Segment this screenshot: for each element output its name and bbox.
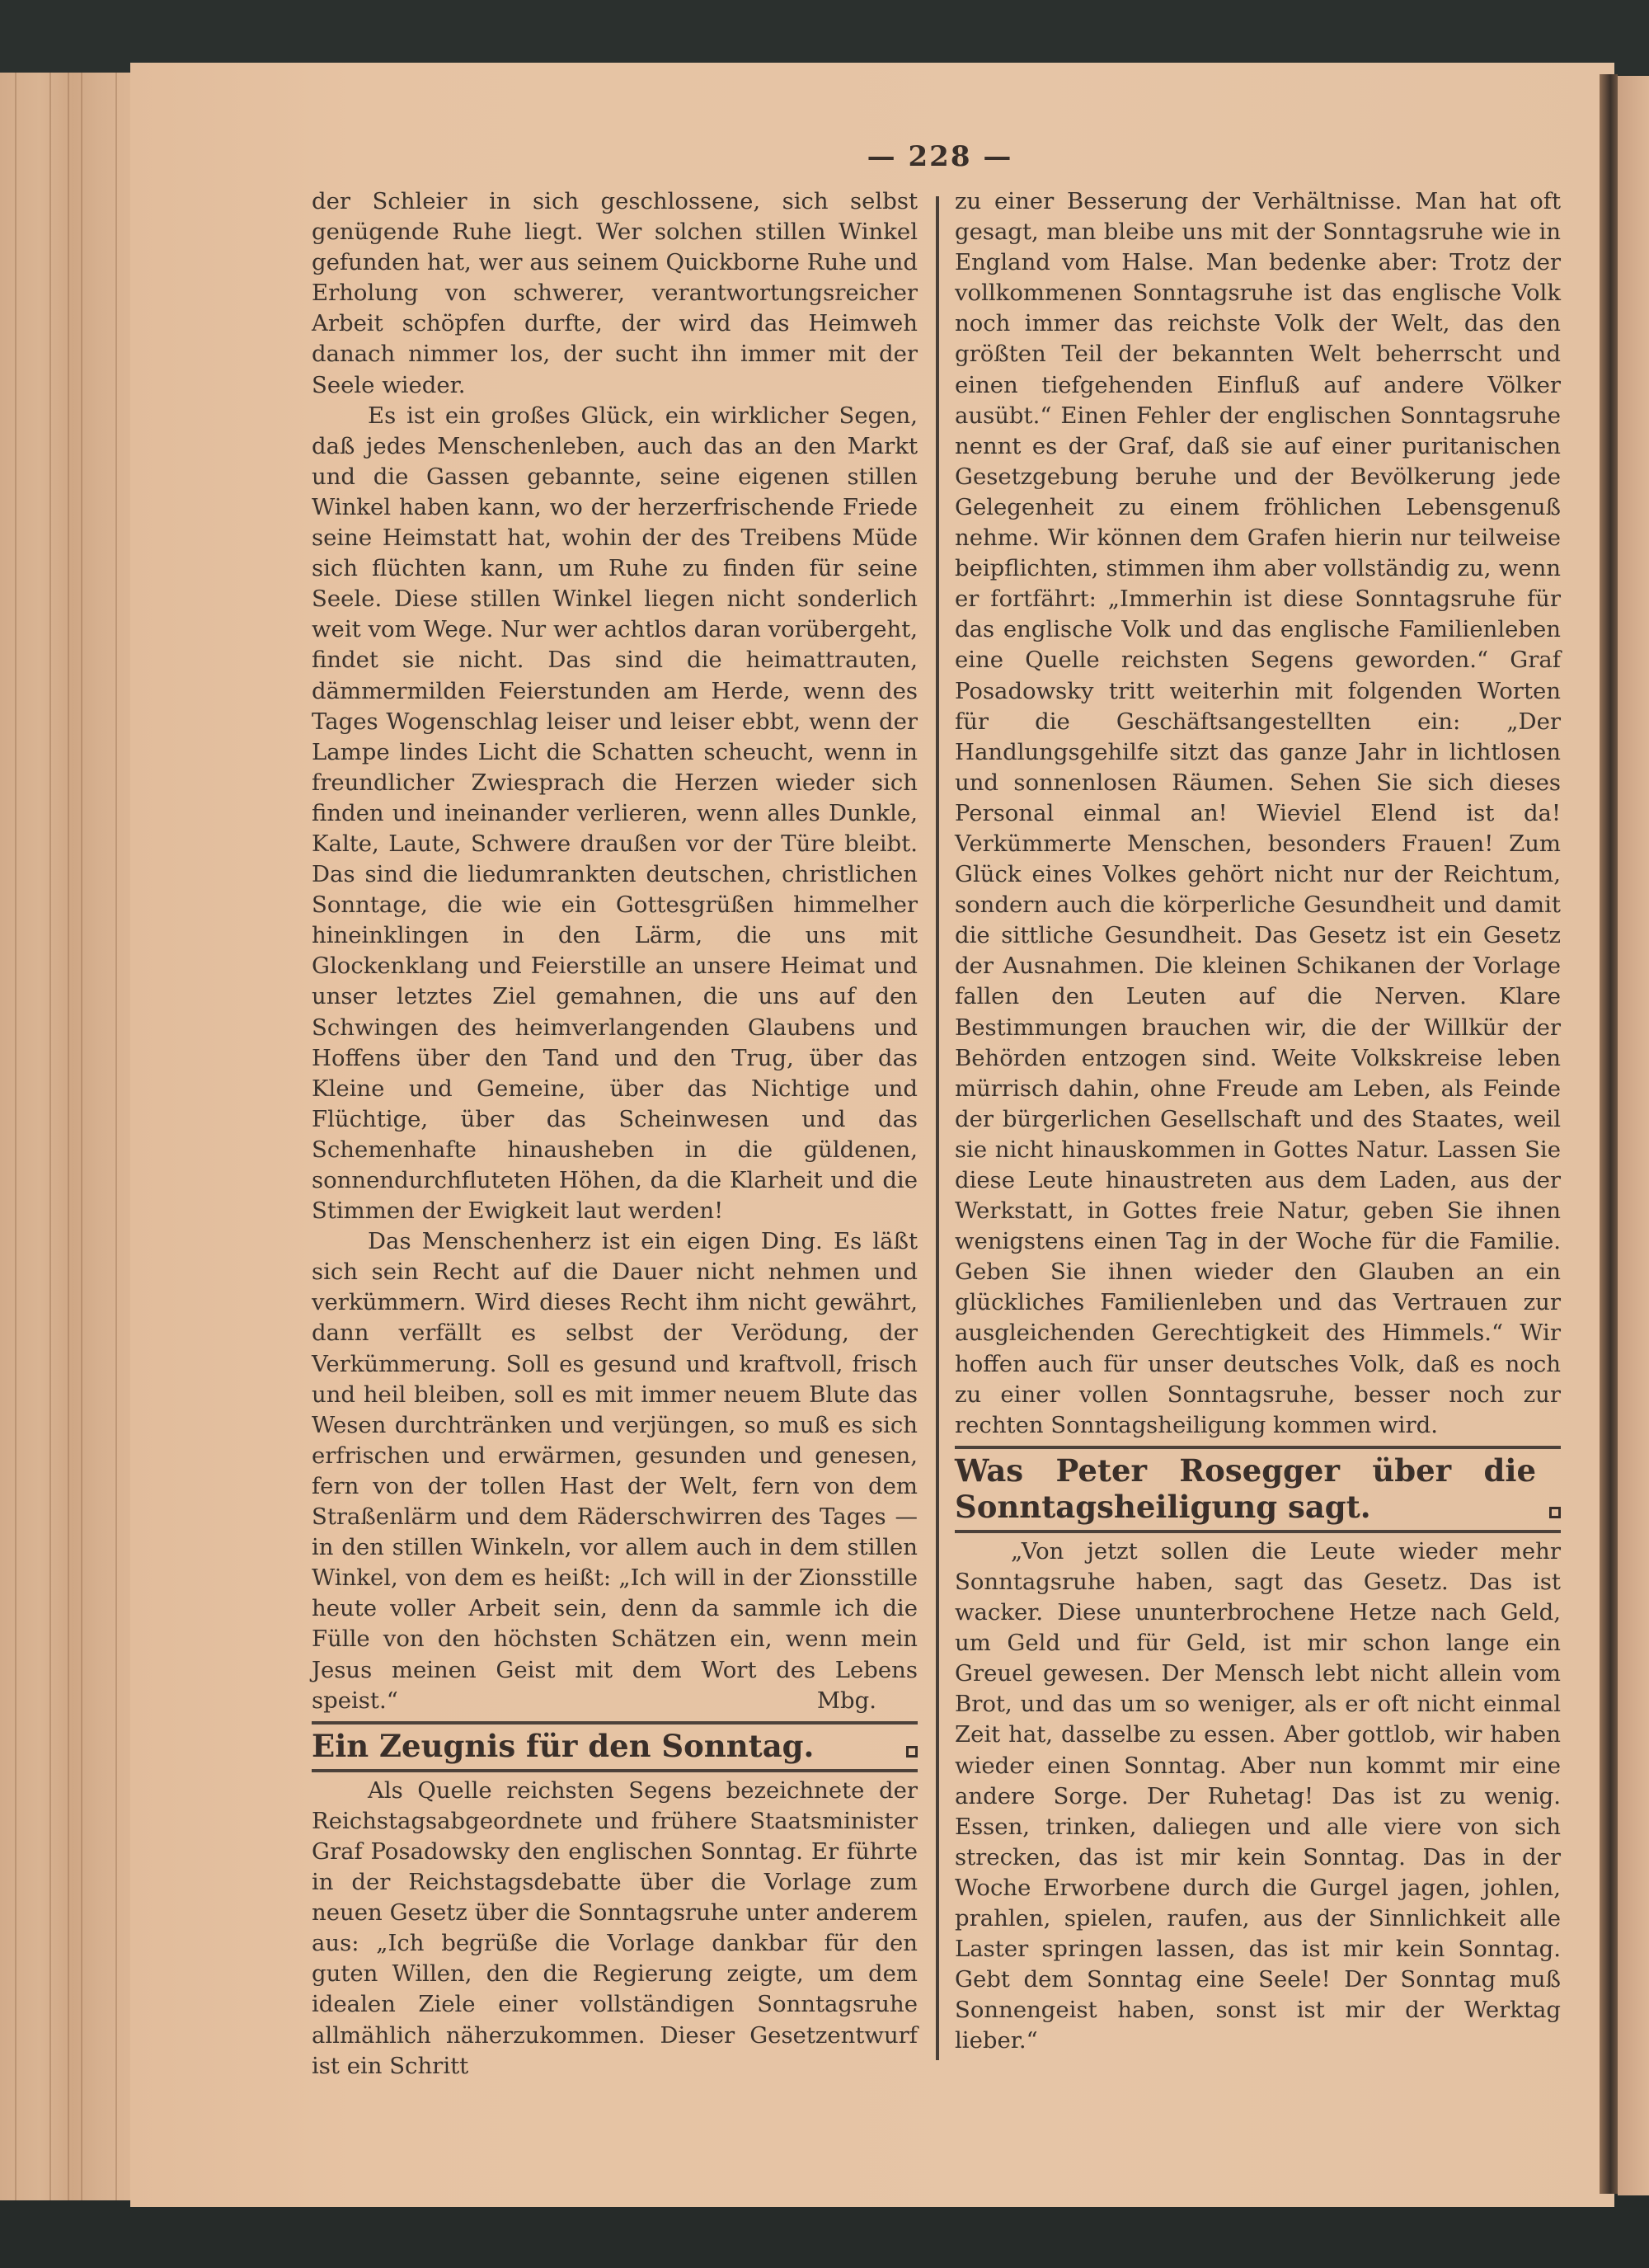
right-column: zu einer Besserung der Verhältnisse. Man… <box>955 186 1561 2056</box>
section-rule <box>312 1721 918 1725</box>
left-column: der Schleier in sich geschlossene, sich … <box>312 186 918 2082</box>
square-ornament-icon <box>906 1746 918 1757</box>
section-rule <box>312 1769 918 1772</box>
paragraph: zu einer Besserung der Verhältnisse. Man… <box>955 186 1561 1441</box>
section-rule <box>955 1446 1561 1449</box>
section-heading: Was Peter Rosegger über die Sonntagsheil… <box>955 1452 1561 1525</box>
section-rule <box>955 1530 1561 1533</box>
section-heading: Ein Zeugnis für den Sonntag. <box>312 1728 918 1764</box>
paragraph: Als Quelle reichsten Segens bezeichnete … <box>312 1776 918 2082</box>
facing-page-edge <box>1618 76 1649 2195</box>
page-number: — 228 — <box>857 140 1022 173</box>
page-stack-edge <box>0 73 132 2200</box>
book-gutter <box>1600 74 1618 2194</box>
section-title: Was Peter Rosegger über die Sonntagsheil… <box>955 1452 1536 1525</box>
paragraph: Es ist ein großes Glück, ein wirklicher … <box>312 401 918 1227</box>
column-divider <box>936 196 939 2060</box>
section-title: Ein Zeugnis für den Sonntag. <box>312 1728 814 1764</box>
square-ornament-icon <box>1549 1507 1561 1518</box>
author-signature: Mbg. <box>312 1686 918 1716</box>
paragraph: Das Menschenherz ist ein eigen Ding. Es … <box>312 1226 918 1716</box>
paragraph: „Von jetzt sollen die Leute wieder mehr … <box>955 1536 1561 2057</box>
paragraph: der Schleier in sich geschlossene, sich … <box>312 186 918 401</box>
